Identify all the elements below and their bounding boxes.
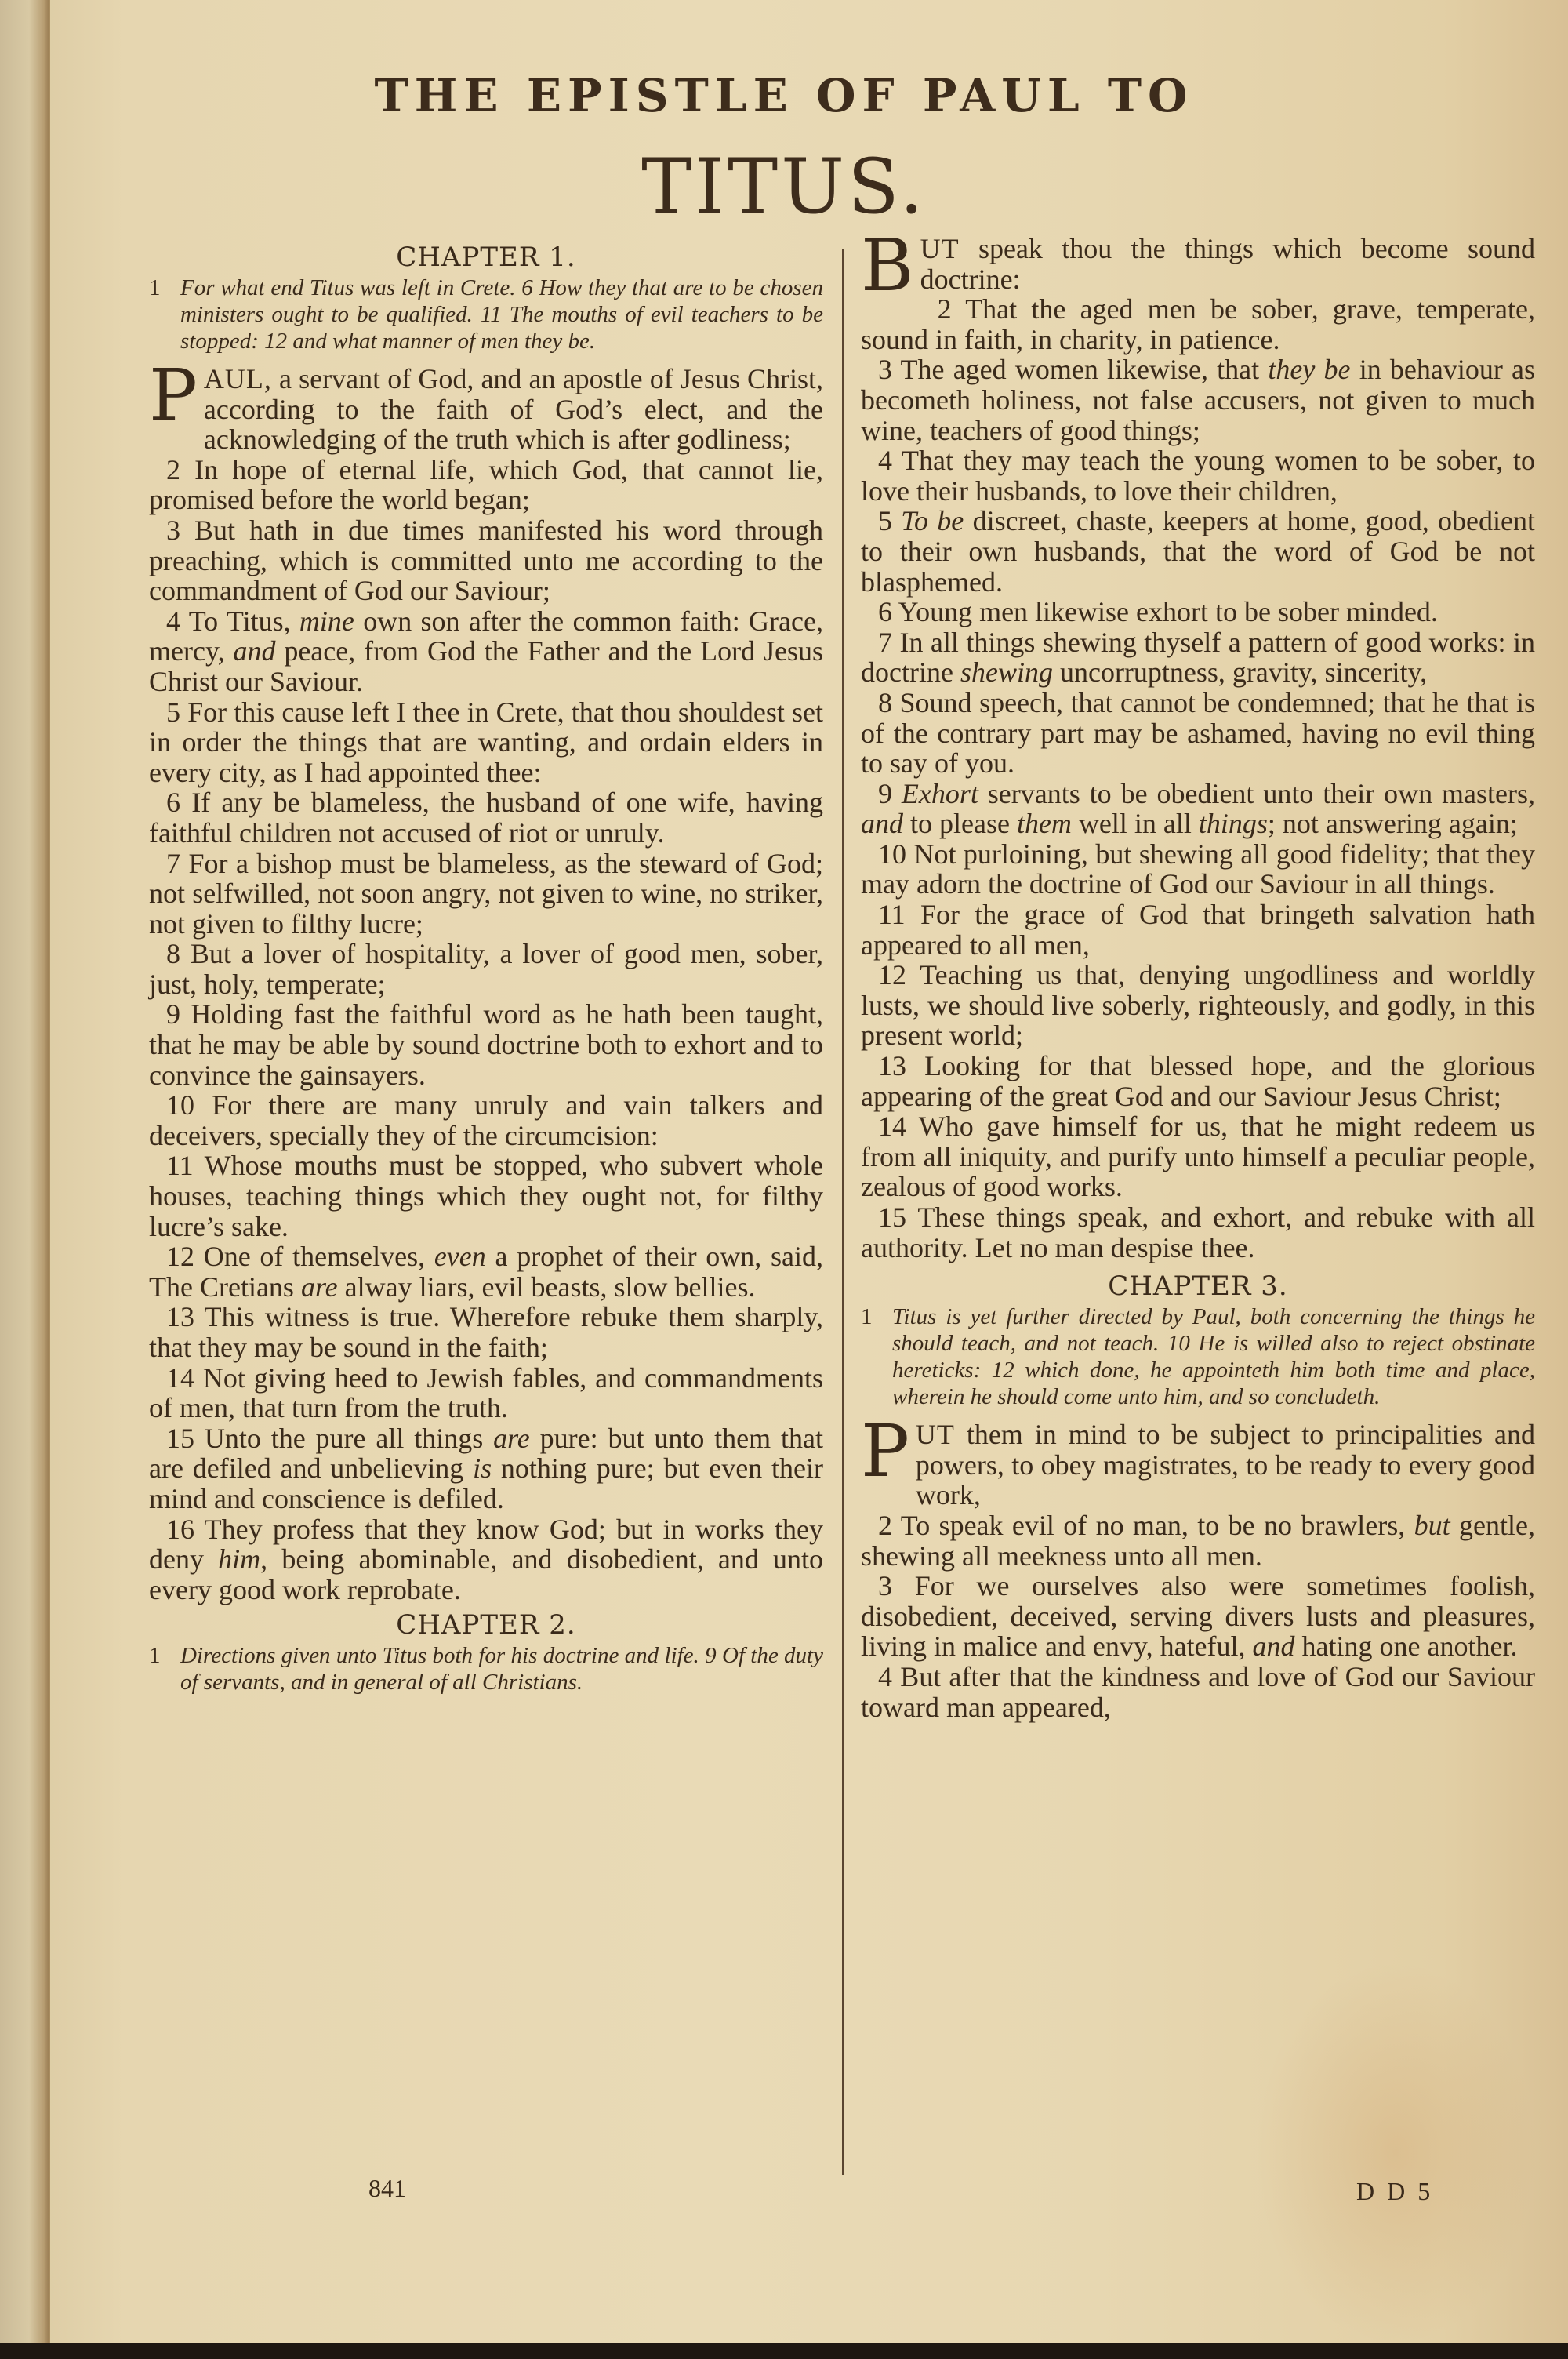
- column-divider: [842, 249, 844, 2175]
- verse-number: 5: [878, 505, 901, 536]
- verse-number: 3: [878, 354, 901, 385]
- verse-number: 13: [878, 1050, 924, 1081]
- book-page: THE EPISTLE OF PAUL TO TITUS. CHAPTER 1.…: [0, 0, 1568, 2343]
- verse-14: 14 Not giving heed to Jewish fables, and…: [149, 1363, 823, 1423]
- verse-12: 12 Teaching us that, denying ungodliness…: [861, 960, 1535, 1051]
- verse-5: 5 For this cause left I thee in Crete, t…: [149, 697, 823, 788]
- verse-number: 5: [166, 696, 187, 728]
- verse-number: 16: [166, 1514, 205, 1545]
- verse-number: 12: [166, 1241, 204, 1272]
- epistle-title: THE EPISTLE OF PAUL TO: [0, 69, 1568, 122]
- verse-10: 10 Not purloining, but shewing all good …: [861, 839, 1535, 900]
- previous-page-edge: [0, 0, 50, 2343]
- verse-number: 14: [878, 1110, 919, 1142]
- chapter-heading: CHAPTER 1.: [149, 242, 823, 273]
- summary-number: 1: [861, 1303, 892, 1330]
- verse-list: 2 That the aged men be sober, grave, tem…: [861, 294, 1535, 1263]
- verse-list: 2 To speak evil of no man, to be no braw…: [861, 1510, 1535, 1722]
- verse-number: 6: [878, 596, 898, 627]
- summary-text: Directions given unto Titus both for his…: [180, 1643, 823, 1695]
- left-column: CHAPTER 1. 1For what end Titus was left …: [149, 242, 823, 1705]
- verse-number: 4: [166, 605, 189, 637]
- verse-12: 12 One of themselves, even a prophet of …: [149, 1241, 823, 1302]
- verse-4: 4 To Titus, mine own son after the commo…: [149, 606, 823, 697]
- summary-number: 1: [149, 274, 180, 301]
- verse-2: 2 In hope of eternal life, which God, th…: [149, 455, 823, 515]
- verse-11: 11 For the grace of God that bringeth sa…: [861, 900, 1535, 960]
- verse-2: 2 To speak evil of no man, to be no braw…: [861, 1510, 1535, 1571]
- verse-11: 11 Whose mouths must be stopped, who sub…: [149, 1150, 823, 1241]
- summary-text: Titus is yet further directed by Paul, b…: [892, 1304, 1535, 1409]
- verse-15: 15 These things speak, and exhort, and r…: [861, 1202, 1535, 1263]
- book-title: TITUS.: [0, 143, 1568, 231]
- verse-15: 15 Unto the pure all things are pure: bu…: [149, 1423, 823, 1514]
- verse-number: 3: [878, 1570, 915, 1601]
- verse-number: 2: [166, 454, 194, 485]
- verse-13: 13 Looking for that blessed hope, and th…: [861, 1051, 1535, 1111]
- verse-number: 13: [166, 1301, 205, 1332]
- verse-3: 3 The aged women likewise, that they be …: [861, 354, 1535, 445]
- verse-13: 13 This witness is true. Wherefore rebuk…: [149, 1302, 823, 1362]
- verse-9: 9 Exhort servants to be obedient unto th…: [861, 779, 1535, 839]
- verse-4: 4 That they may teach the young women to…: [861, 445, 1535, 506]
- verse-number: 10: [878, 838, 913, 870]
- verse-number: 7: [878, 627, 899, 658]
- verse-1: PUT them in mind to be subject to princi…: [861, 1419, 1535, 1510]
- verse-5: 5 To be discreet, chaste, keepers at hom…: [861, 506, 1535, 597]
- verse-number: 8: [166, 938, 191, 969]
- verse-number: 15: [166, 1423, 205, 1454]
- page-number: 841: [368, 2174, 406, 2203]
- verse-16: 16 They profess that they know God; but …: [149, 1514, 823, 1605]
- verse-14: 14 Who gave himself for us, that he migh…: [861, 1111, 1535, 1202]
- verse-number: 8: [878, 687, 900, 718]
- signature-mark: D D 5: [1356, 2177, 1433, 2206]
- drop-cap: P: [861, 1423, 909, 1481]
- verse-number: 7: [166, 848, 188, 879]
- verse-number: 10: [166, 1089, 212, 1121]
- verse-number: 9: [878, 778, 902, 809]
- verse-number: 4: [878, 1661, 900, 1692]
- verse-number: 2: [938, 293, 966, 325]
- verse-number: 2: [878, 1510, 901, 1541]
- verse-number: 11: [166, 1150, 205, 1181]
- verse-1: PAUL, a servant of God, and an apostle o…: [149, 364, 823, 455]
- summary-number: 1: [149, 1642, 180, 1669]
- verse-number: 11: [878, 899, 920, 930]
- verse-7: 7 In all things shewing thyself a patter…: [861, 627, 1535, 688]
- verse-number: 14: [166, 1362, 203, 1394]
- verse-6: 6 Young men likewise exhort to be sober …: [861, 597, 1535, 627]
- verse-6: 6 If any be blameless, the husband of on…: [149, 787, 823, 848]
- chapter-heading: CHAPTER 2.: [149, 1609, 823, 1641]
- verse-2: 2 That the aged men be sober, grave, tem…: [861, 294, 1535, 354]
- verse-number: 3: [166, 514, 194, 546]
- verse-3: 3 But hath in due times manifested his w…: [149, 515, 823, 606]
- drop-cap: P: [149, 367, 198, 425]
- verse-list: 2 In hope of eternal life, which God, th…: [149, 455, 823, 1605]
- page-bottom-edge: [0, 2343, 1568, 2359]
- verse-9: 9 Holding fast the faithful word as he h…: [149, 999, 823, 1090]
- verse-4: 4 But after that the kindness and love o…: [861, 1662, 1535, 1722]
- verse-8: 8 But a lover of hospitality, a lover of…: [149, 939, 823, 999]
- verse-10: 10 For there are many unruly and vain ta…: [149, 1090, 823, 1150]
- chapter-heading: CHAPTER 3.: [861, 1270, 1535, 1302]
- verse-7: 7 For a bishop must be blameless, as the…: [149, 849, 823, 940]
- verse-number: 4: [878, 445, 902, 476]
- verse-1: BUT speak thou the things which become s…: [861, 234, 1535, 294]
- drop-cap: B: [861, 237, 914, 295]
- summary-text: For what end Titus was left in Crete. 6 …: [180, 275, 823, 354]
- verse-3: 3 For we ourselves also were sometimes f…: [861, 1571, 1535, 1662]
- right-column: BUT speak thou the things which become s…: [861, 234, 1535, 1722]
- chapter-summary: 1For what end Titus was left in Crete. 6…: [149, 274, 823, 354]
- verse-number: 6: [166, 787, 191, 818]
- verse-number: 9: [166, 998, 191, 1030]
- paper-stain: [1254, 1961, 1537, 2345]
- chapter-summary: 1Titus is yet further directed by Paul, …: [861, 1303, 1535, 1410]
- verse-number: 12: [878, 959, 920, 990]
- verse-8: 8 Sound speech, that cannot be condemned…: [861, 688, 1535, 779]
- verse-number: 15: [878, 1201, 917, 1233]
- chapter-summary: 1Directions given unto Titus both for hi…: [149, 1642, 823, 1696]
